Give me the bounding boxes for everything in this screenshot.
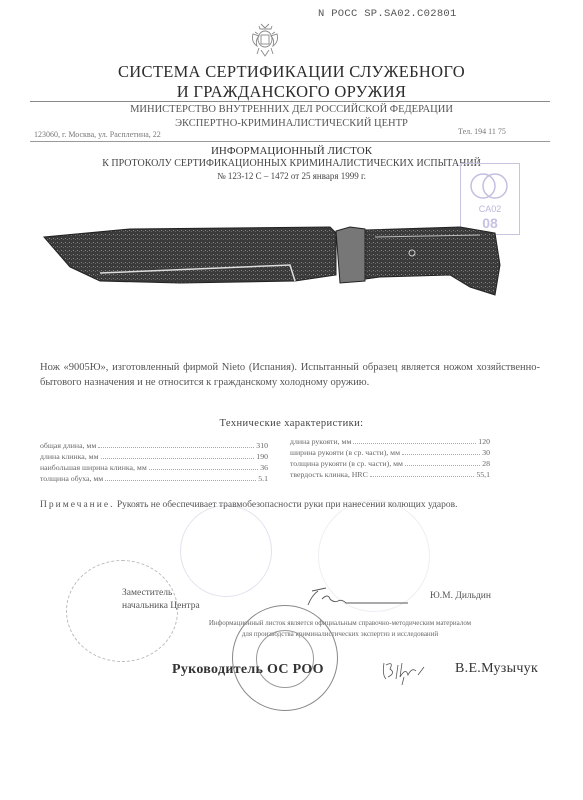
head-name: В.Е.Музычук xyxy=(455,661,538,677)
spec-label: толщина рукояти (в ср. части), мм xyxy=(290,459,403,468)
footnote-line2: для производства криминалистических эксп… xyxy=(150,629,530,640)
phone: Тел. 194 11 75 xyxy=(458,127,506,136)
spec-row: длина рукояти, мм120 xyxy=(290,437,490,448)
description-paragraph: Нож «9005Ю», изготовленный фирмой Nieto … xyxy=(40,360,540,390)
russian-coat-of-arms-icon xyxy=(247,22,283,60)
spec-label: длина рукояти, мм xyxy=(290,437,351,446)
info-sheet-title: ИНФОРМАЦИОННЫЙ ЛИСТОК xyxy=(0,145,583,157)
spec-row: твердость клинка, HRC55,1 xyxy=(290,470,490,481)
dot-leader xyxy=(405,465,480,466)
faint-stamp xyxy=(180,505,272,597)
spec-label: общая длина, мм xyxy=(40,441,96,450)
spec-value: 55,1 xyxy=(476,470,490,479)
technical-specs-title: Технические характеристики: xyxy=(0,418,583,429)
spec-row: ширина рукояти (в ср. части), мм30 xyxy=(290,448,490,459)
spec-row: общая длина, мм310 xyxy=(40,441,268,452)
note-paragraph: Примечание. Рукоять не обеспечивает трав… xyxy=(40,498,540,513)
dot-leader xyxy=(149,469,258,470)
deputy-signature-icon xyxy=(300,585,410,610)
deputy-title-line2: начальника Центра xyxy=(122,600,200,613)
dot-leader xyxy=(353,443,476,444)
spec-row: длина клинка, мм190 xyxy=(40,452,268,463)
spec-label: наибольшая ширина клинка, мм xyxy=(40,463,147,472)
note-text: Рукоять не обеспечивает травмобезопаснос… xyxy=(117,500,458,510)
address: 123060, г. Москва, ул. Расплетина, 22 xyxy=(34,130,161,139)
dot-leader xyxy=(105,480,256,481)
address-divider xyxy=(30,141,550,142)
spec-value: 36 xyxy=(260,463,268,472)
dot-leader xyxy=(101,458,255,459)
registration-number: N POCC SP.SA02.C02801 xyxy=(318,8,457,20)
dot-leader xyxy=(98,447,254,448)
spec-row: наибольшая ширина клинка, мм36 xyxy=(40,463,268,474)
footnote: Информационный листок является официальн… xyxy=(150,618,530,640)
head-title: Руководитель ОС РОО xyxy=(172,662,324,678)
spec-label: ширина рукояти (в ср. части), мм xyxy=(290,448,400,457)
system-title-line2: И ГРАЖДАНСКОГО ОРУЖИЯ xyxy=(0,82,583,102)
spec-row: толщина обуха, мм5.1 xyxy=(40,474,268,485)
footnote-line1: Информационный листок является официальн… xyxy=(150,618,530,629)
deputy-name: Ю.М. Дильдин xyxy=(430,591,491,601)
note-label: Примечание. xyxy=(40,500,114,510)
spec-label: твердость клинка, HRC xyxy=(290,470,368,479)
specs-right-column: длина рукояти, мм120ширина рукояти (в ср… xyxy=(290,437,490,481)
system-title-line1: СИСТЕМА СЕРТИФИКАЦИИ СЛУЖЕБНОГО xyxy=(0,62,583,82)
spec-value: 120 xyxy=(478,437,490,446)
head-signature-icon xyxy=(380,655,425,685)
spec-row: толщина рукояти (в ср. части), мм28 xyxy=(290,459,490,470)
dot-leader xyxy=(402,454,480,455)
spec-label: длина клинка, мм xyxy=(40,452,99,461)
deputy-title: Заместитель начальника Центра xyxy=(122,587,200,613)
dot-leader xyxy=(370,476,475,477)
ministry-name: МИНИСТЕРСТВО ВНУТРЕННИХ ДЕЛ РОССИЙСКОЙ Ф… xyxy=(0,104,583,115)
official-seal-inner-ring xyxy=(256,630,314,688)
header-divider xyxy=(30,101,550,102)
spec-value: 5.1 xyxy=(258,474,268,483)
specs-left-column: общая длина, мм310длина клинка, мм190наи… xyxy=(40,441,268,485)
spec-label: толщина обуха, мм xyxy=(40,474,103,483)
spec-value: 310 xyxy=(256,441,268,450)
knife-illustration-icon xyxy=(40,205,510,305)
spec-value: 30 xyxy=(482,448,490,457)
deputy-title-line1: Заместитель xyxy=(122,587,200,600)
spec-value: 28 xyxy=(482,459,490,468)
spec-value: 190 xyxy=(256,452,268,461)
